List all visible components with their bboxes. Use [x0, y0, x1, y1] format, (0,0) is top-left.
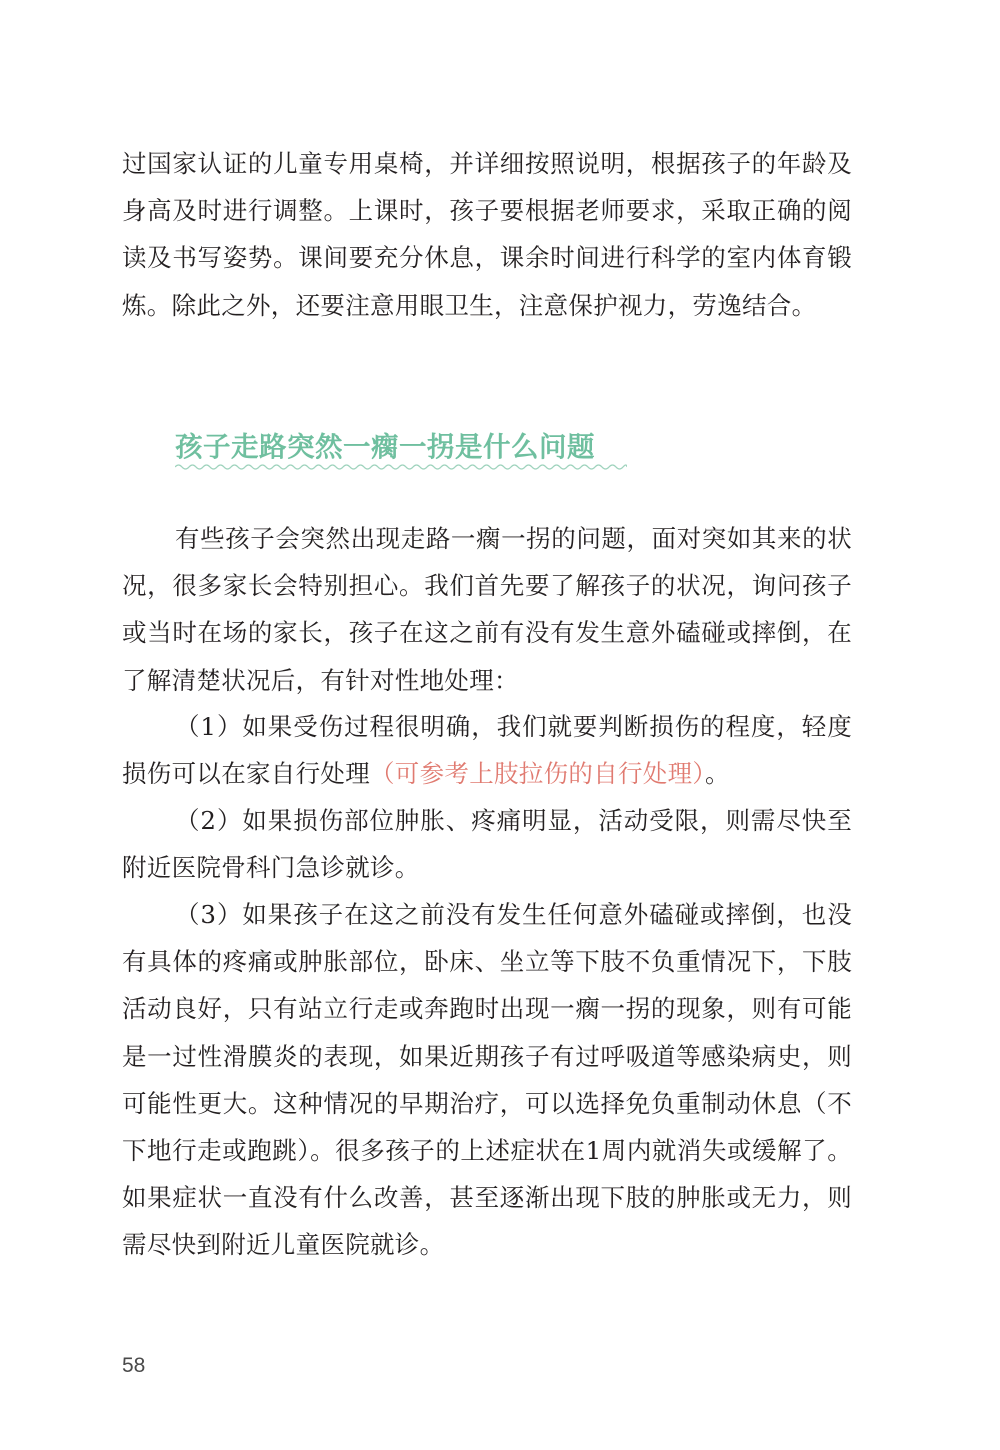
- list-item-3: （3）如果孩子在这之前没有发生任何意外磕碰或摔倒，也没有具体的疼痛或肿胀部位，卧…: [122, 891, 852, 1269]
- list-item-1-end: 。: [705, 759, 730, 788]
- wavy-underline-decoration: [175, 463, 627, 471]
- list-item-1: （1）如果受伤过程很明确，我们就要判断损伤的程度，轻度损伤可以在家自行处理（可参…: [122, 703, 852, 797]
- intro-paragraph: 有些孩子会突然出现走路一瘸一拐的问题，面对突如其来的状况，很多家长会特别担心。我…: [122, 515, 852, 704]
- book-page: 过国家认证的儿童专用桌椅，并详细按照说明，根据孩子的年龄及身高及时进行调整。上课…: [0, 0, 1000, 1450]
- page-number: 58: [122, 1354, 145, 1378]
- cross-reference: （可参考上肢拉伤的自行处理）: [370, 759, 705, 788]
- section-heading: 孩子走路突然一瘸一拐是什么问题: [175, 424, 595, 464]
- list-item-2: （2）如果损伤部位肿胀、疼痛明显，活动受限，则需尽快至附近医院骨科门急诊就诊。: [122, 797, 852, 891]
- continued-paragraph: 过国家认证的儿童专用桌椅，并详细按照说明，根据孩子的年龄及身高及时进行调整。上课…: [122, 140, 852, 329]
